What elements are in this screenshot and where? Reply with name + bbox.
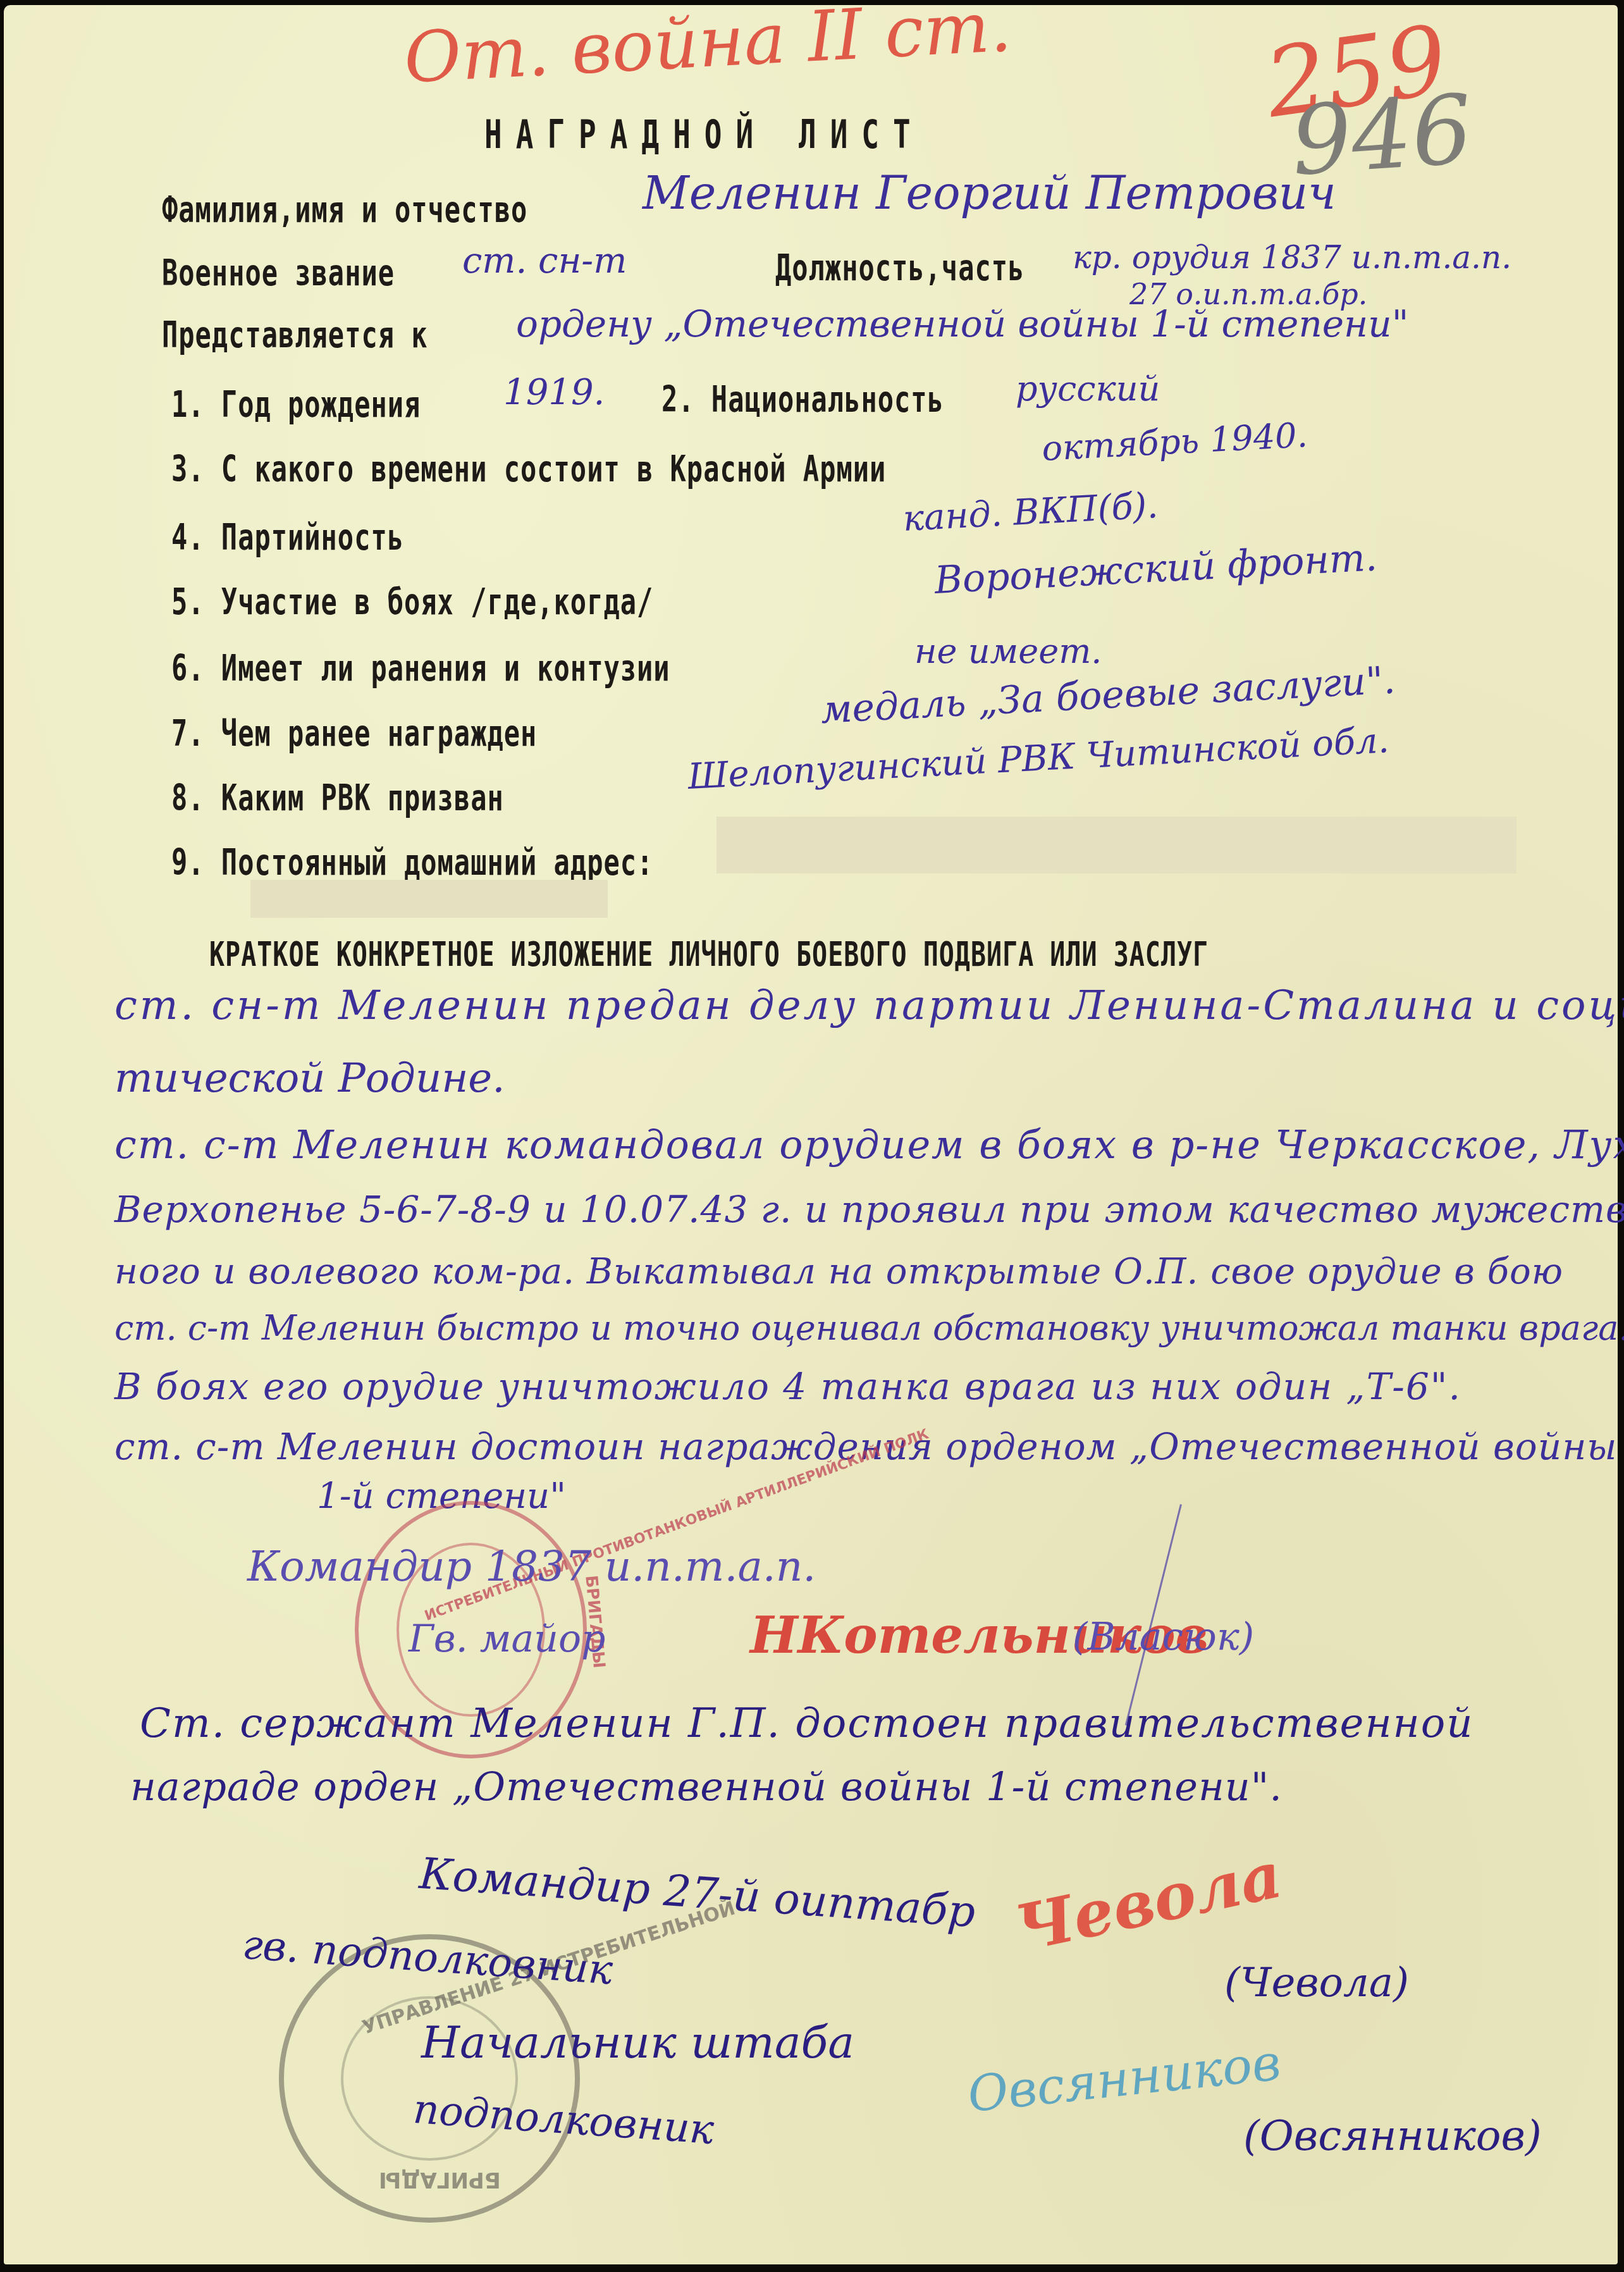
brigade-stamp-text-bottom: БРИГАДЫ	[379, 2167, 501, 2192]
section-heading: КРАТКОЕ КОНКРЕТНОЕ ИЗЛОЖЕНИЕ ЛИЧНОГО БОЕ…	[209, 935, 1209, 974]
narrative-line-7: В боях его орудие уничтожило 4 танка вра…	[114, 1365, 1461, 1408]
battles-label: 5. Участие в боях /где,когда/	[171, 581, 653, 622]
wounds-value: не имеет.	[914, 631, 1102, 671]
battles-value: Воронежский фронт.	[933, 535, 1378, 603]
address-label: 9. Постоянный домашний адрес:	[171, 841, 653, 883]
conclusion-line-2: награде орден „Отечественной войны 1-й с…	[130, 1763, 1283, 1810]
prev-awards-value: медаль „За боевые заслуги".	[820, 658, 1396, 732]
army-since-label: 3. С какого времени состоит в Красной Ар…	[171, 448, 886, 490]
address-redaction-line2	[250, 880, 608, 918]
prev-awards-label: 7. Чем ранее награжден	[171, 712, 537, 754]
commander-1837-name: (Власюк)	[1073, 1615, 1254, 1659]
address-redaction	[717, 817, 1516, 874]
narrative-line-2: тической Родине.	[114, 1055, 505, 1102]
narrative-line-4: Верхопенье 5-6-7-8-9 и 10.07.43 г. и про…	[114, 1188, 1624, 1231]
rank-label: Военное звание	[162, 252, 395, 293]
position-label: Должность,часть	[775, 247, 1024, 288]
wounds-label: 6. Имеет ли ранения и контузии	[171, 647, 670, 689]
narrative-line-5: ного и волевого ком-ра. Выкатывал на отк…	[114, 1251, 1563, 1292]
rank-value: ст. сн-т	[462, 240, 627, 281]
party-value: канд. ВКП(б).	[902, 485, 1159, 540]
fio-value: Меленин Георгий Петрович	[643, 166, 1336, 219]
narrative-line-1: ст. сн-т Меленин предан делу партии Лени…	[114, 982, 1624, 1029]
birth-year-value: 1919.	[503, 372, 605, 413]
commander-27-name: (Чевола)	[1224, 1960, 1409, 2006]
army-since-value: октябрь 1940.	[1041, 415, 1308, 469]
narrative-line-3: ст. с-т Меленин командовал орудием в боя…	[114, 1121, 1624, 1168]
nationality-label: 2. Национальность	[661, 378, 944, 420]
position-value: кр. орудия 1837 и.п.т.а.п.	[1073, 239, 1511, 276]
rvk-label: 8. Каким РВК призван	[171, 777, 504, 818]
chief-of-staff-name: (Овсянников)	[1243, 2111, 1542, 2160]
narrative-line-6: ст. с-т Меленин быстро и точно оценивал …	[114, 1308, 1624, 1348]
party-label: 4. Партийность	[171, 516, 404, 558]
nominated-value: ордену „Отечественной войны 1-й степени"	[516, 302, 1408, 345]
conclusion-line-1: Ст. сержант Меленин Г.П. достоен правите…	[140, 1700, 1473, 1747]
award-sheet-paper: От. война II ст. 259 946 НАГРАДНОЙ ЛИСТ …	[4, 5, 1618, 2264]
chief-of-staff-signature: Овсянников	[965, 2034, 1283, 2123]
nominated-label: Представляется к	[162, 314, 428, 355]
commander-27-signature: Чевола	[1009, 1837, 1288, 1966]
birth-year-label: 1. Год рождения	[171, 383, 421, 425]
rvk-value: Шелопугинский РВК Читинской обл.	[687, 720, 1390, 798]
fio-label: Фамилия,имя и отчество	[162, 188, 527, 230]
chief-of-staff-title: Начальник штаба	[421, 2016, 854, 2068]
commander-1837-rank: Гв. майор	[409, 1617, 605, 1661]
red-header-note: От. война II ст.	[402, 0, 1014, 99]
nationality-value: русский	[1016, 369, 1160, 409]
commander-1837-title: Командир 1837 и.п.т.а.п.	[247, 1542, 816, 1591]
page-title: НАГРАДНОЙ ЛИСТ	[484, 111, 925, 157]
